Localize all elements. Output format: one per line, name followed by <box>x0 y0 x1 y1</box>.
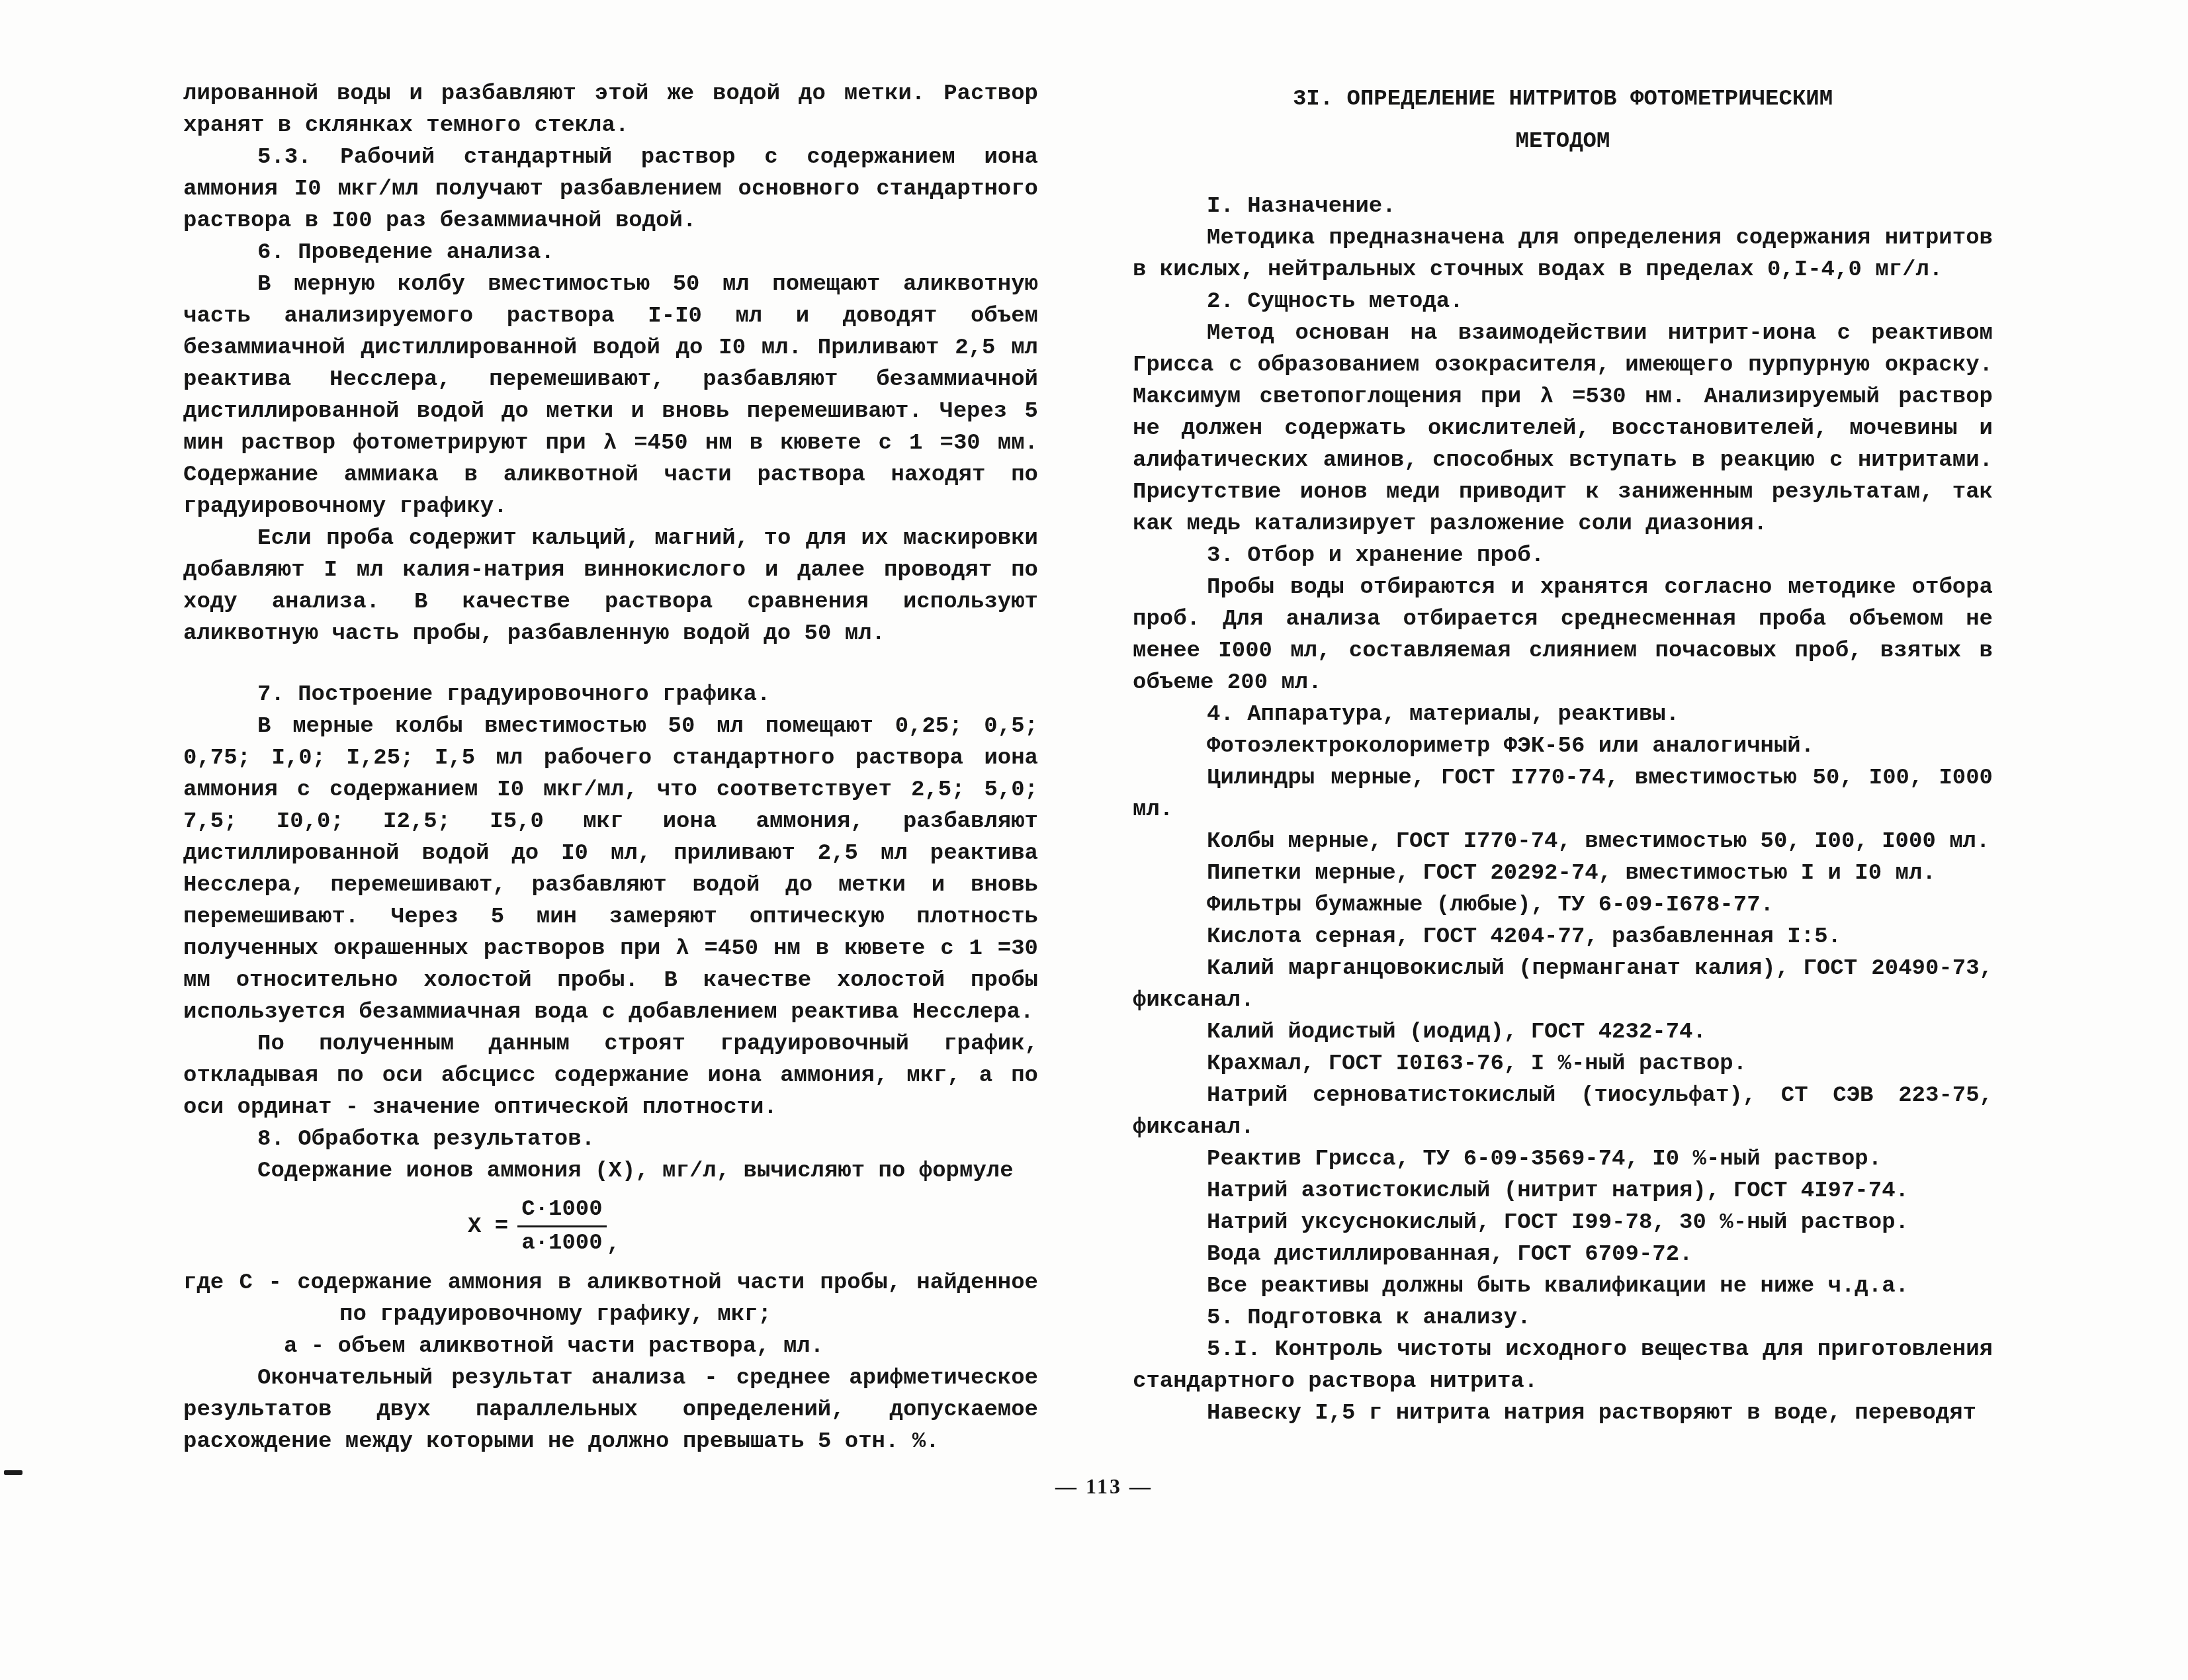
formula-denominator: а·1000 <box>521 1227 602 1258</box>
paragraph: лированной воды и разбавляют этой же вод… <box>183 78 1038 142</box>
paragraph: Натрий уксуснокислый, ГОСТ I99-78, 30 %-… <box>1133 1207 1993 1239</box>
left-page: лированной воды и разбавляют этой же вод… <box>183 78 1038 1458</box>
section-title: 3I. ОПРЕДЕЛЕНИЕ НИТРИТОВ ФОТОМЕТРИЧЕСКИМ… <box>1133 78 1993 163</box>
paragraph: Если проба содержит кальций, магний, то … <box>183 523 1038 650</box>
right-page-paragraphs: I. Назначение.Методика предназначена для… <box>1133 191 1993 1429</box>
paragraph: 5. Подготовка к анализу. <box>1133 1302 1993 1334</box>
paragraph: В мерные колбы вместимостью 50 мл помеща… <box>183 711 1038 1028</box>
paragraph: где С - содержание аммония в аликвотной … <box>183 1267 1038 1331</box>
paragraph: Методика предназначена для определения с… <box>1133 222 1993 286</box>
paragraph: Содержание ионов аммония (X), мг/л, вычи… <box>183 1155 1038 1187</box>
paragraph: Фотоэлектроколориметр ФЭК-56 или аналоги… <box>1133 730 1993 762</box>
right-page: 3I. ОПРЕДЕЛЕНИЕ НИТРИТОВ ФОТОМЕТРИЧЕСКИМ… <box>1133 78 1993 1429</box>
paragraph: Окончательный результат анализа - средне… <box>183 1362 1038 1458</box>
paragraph: Натрий серноватистокислый (тиосульфат), … <box>1133 1080 1993 1143</box>
paragraph: Цилиндры мерные, ГОСТ I770-74, вместимос… <box>1133 762 1993 826</box>
paragraph: Метод основан на взаимодействии нитрит-и… <box>1133 318 1993 540</box>
paragraph: Крахмал, ГОСТ I0I63-76, I %-ный раствор. <box>1133 1048 1993 1080</box>
formula: X = С·1000 а·1000 , <box>183 1195 1038 1258</box>
formula-numerator: С·1000 <box>517 1195 606 1227</box>
scanned-document-spread: лированной воды и разбавляют этой же вод… <box>0 0 2188 1680</box>
paragraph: Колбы мерные, ГОСТ I770-74, вместимостью… <box>1133 826 1993 858</box>
paragraph: По полученным данным строят градуировочн… <box>183 1028 1038 1124</box>
paragraph: 7. Построение градуировочного графика. <box>183 679 1038 711</box>
paragraph: В мерную колбу вместимостью 50 мл помеща… <box>183 269 1038 523</box>
section-title-line1: 3I. ОПРЕДЕЛЕНИЕ НИТРИТОВ ФОТОМЕТРИЧЕСКИМ <box>1133 78 1993 120</box>
paragraph: 2. Сущность метода. <box>1133 286 1993 318</box>
paragraph: 8. Обработка результатов. <box>183 1124 1038 1155</box>
paragraph: 4. Аппаратура, материалы, реактивы. <box>1133 699 1993 730</box>
paragraph: Пробы воды отбираются и хранятся согласн… <box>1133 572 1993 699</box>
paragraph: Калий йодистый (иодид), ГОСТ 4232-74. <box>1133 1016 1993 1048</box>
paragraph: 5.I. Контроль чистоты исходного вещества… <box>1133 1334 1993 1397</box>
formula-fraction: С·1000 а·1000 <box>517 1195 606 1258</box>
paragraph: Навеску I,5 г нитрита натрия растворяют … <box>1133 1397 1993 1429</box>
paragraph: Все реактивы должны быть квалификации не… <box>1133 1270 1993 1302</box>
scan-artifact-dash <box>4 1470 22 1475</box>
section-title-line2: МЕТОДОМ <box>1133 120 1993 163</box>
paragraph: Калий марганцовокислый (перманганат кали… <box>1133 953 1993 1016</box>
paragraph: Фильтры бумажные (любые), ТУ 6-09-I678-7… <box>1133 889 1993 921</box>
paragraph: I. Назначение. <box>1133 191 1993 222</box>
paragraph: Пипетки мерные, ГОСТ 20292-74, вместимос… <box>1133 858 1993 889</box>
left-page-after-formula: где С - содержание аммония в аликвотной … <box>183 1267 1038 1458</box>
paragraph: 3. Отбор и хранение проб. <box>1133 540 1993 572</box>
paragraph: Вода дистиллированная, ГОСТ 6709-72. <box>1133 1239 1993 1270</box>
paragraph: Натрий азотистокислый (нитрит натрия), Г… <box>1133 1175 1993 1207</box>
formula-comma: , <box>607 1231 620 1258</box>
paragraph: Реактив Грисса, ТУ 6-09-3569-74, I0 %-ны… <box>1133 1143 1993 1175</box>
paragraph: Кислота серная, ГОСТ 4204-77, разбавленн… <box>1133 921 1993 953</box>
paragraph: 6. Проведение анализа. <box>183 237 1038 269</box>
paragraph: 5.3. Рабочий стандартный раствор с содер… <box>183 142 1038 237</box>
left-page-paragraphs: лированной воды и разбавляют этой же вод… <box>183 78 1038 1187</box>
formula-lhs: X = <box>468 1211 508 1243</box>
page-number: — 113 — <box>1055 1470 1153 1502</box>
paragraph: а - объем аликвотной части раствора, мл. <box>183 1331 1038 1362</box>
